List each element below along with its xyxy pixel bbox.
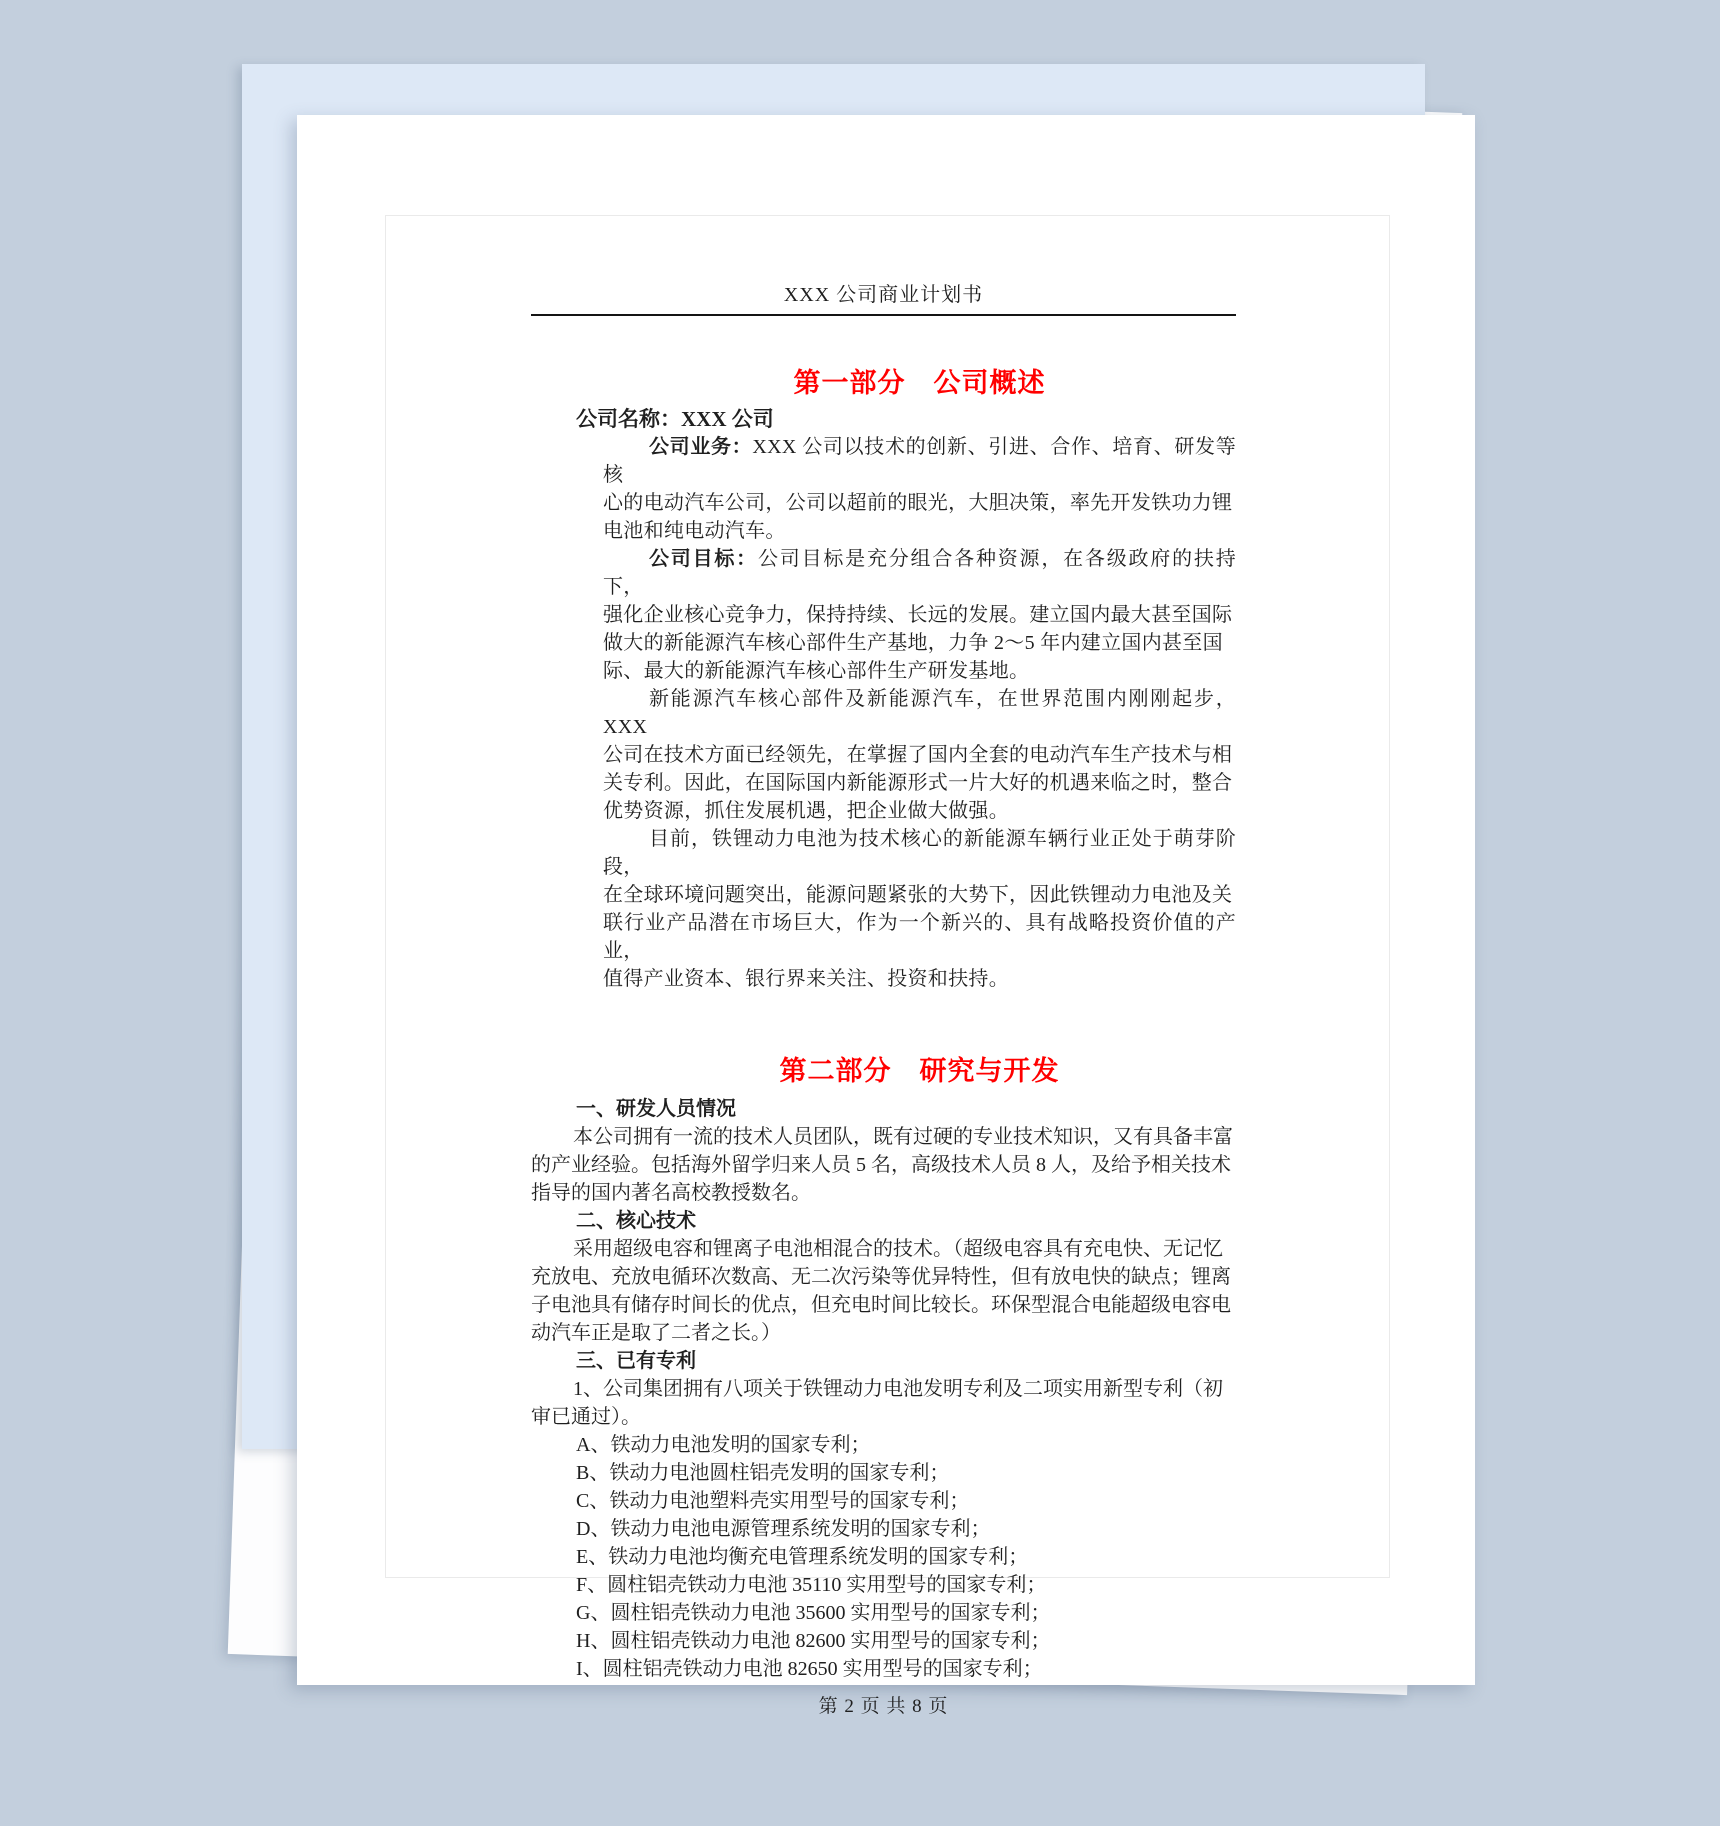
patent-item: E、铁动力电池均衡充电管理系统发明的国家专利； <box>531 1543 1236 1571</box>
patent-item: A、铁动力电池发明的国家专利； <box>531 1431 1236 1459</box>
patent-item: G、圆柱铝壳铁动力电池 35600 实用型号的国家专利； <box>531 1599 1236 1627</box>
document-content: XXX 公司商业计划书 第一部分 公司概述 公司名称：XXX 公司 公司业务：X… <box>531 115 1236 1721</box>
paragraph-company-goal: 公司目标：公司目标是充分组合各种资源，在各级政府的扶持下， 强化企业核心竞争力，… <box>603 545 1236 685</box>
document-page: XXX 公司商业计划书 第一部分 公司概述 公司名称：XXX 公司 公司业务：X… <box>297 115 1475 1685</box>
paragraph-industry-status: 新能源汽车核心部件及新能源汽车，在世界范围内刚刚起步，XXX 公司在技术方面已经… <box>603 685 1236 825</box>
patent-item: C、铁动力电池塑料壳实用型号的国家专利； <box>531 1487 1236 1515</box>
subsection-heading-core-tech: 二、核心技术 <box>531 1207 1236 1235</box>
patent-list: A、铁动力电池发明的国家专利； B、铁动力电池圆柱铝壳发明的国家专利； C、铁动… <box>531 1431 1236 1683</box>
paragraph-patents-intro: 1、公司集团拥有八项关于铁锂动力电池发明专利及二项实用新型专利（初 审已通过）。 <box>531 1375 1236 1431</box>
page-header-title: XXX 公司商业计划书 <box>531 283 1236 307</box>
section1-title: 第一部分 公司概述 <box>531 364 1236 402</box>
section1-body: 公司业务：XXX 公司以技术的创新、引进、合作、培育、研发等核 心的电动汽车公司… <box>603 433 1236 993</box>
patent-item: B、铁动力电池圆柱铝壳发明的国家专利； <box>531 1459 1236 1487</box>
subsection-heading-patents: 三、已有专利 <box>531 1347 1236 1375</box>
patent-item: D、铁动力电池电源管理系统发明的国家专利； <box>531 1515 1236 1543</box>
section2-body: 一、研发人员情况 本公司拥有一流的技术人员团队，既有过硬的专业技术知识，又有具备… <box>531 1095 1236 1683</box>
header-rule <box>531 314 1236 316</box>
paragraph-lead: 公司目标： <box>649 548 758 570</box>
page-footer: 第 2 页 共 8 页 <box>531 1693 1236 1721</box>
paragraph-lead: 公司业务： <box>649 436 752 458</box>
subsection-heading-rd-staff: 一、研发人员情况 <box>531 1095 1236 1123</box>
company-name-line: 公司名称：XXX 公司 <box>531 405 1236 433</box>
patent-item: H、圆柱铝壳铁动力电池 82600 实用型号的国家专利； <box>531 1627 1236 1655</box>
paragraph-rd-staff: 本公司拥有一流的技术人员团队，既有过硬的专业技术知识，又有具备丰富 的产业经验。… <box>531 1123 1236 1207</box>
paragraph-market-outlook: 目前，铁锂动力电池为技术核心的新能源车辆行业正处于萌芽阶段， 在全球环境问题突出… <box>603 825 1236 993</box>
patent-item: I、圆柱铝壳铁动力电池 82650 实用型号的国家专利； <box>531 1655 1236 1683</box>
paragraph-core-tech: 采用超级电容和锂离子电池相混合的技术。（超级电容具有充电快、无记忆 充放电、充放… <box>531 1235 1236 1347</box>
desktop-background: XXX 公司商业计划书 第一部分 公司概述 公司名称：XXX 公司 公司业务：X… <box>0 0 1720 1826</box>
patent-item: F、圆柱铝壳铁动力电池 35110 实用型号的国家专利； <box>531 1571 1236 1599</box>
paragraph-text: 新能源汽车核心部件及新能源汽车，在世界范围内刚刚起步，XXX 公司在技术方面已经… <box>603 688 1236 822</box>
section2-title: 第二部分 研究与开发 <box>531 1052 1236 1090</box>
paragraph-company-business: 公司业务：XXX 公司以技术的创新、引进、合作、培育、研发等核 心的电动汽车公司… <box>603 433 1236 545</box>
paragraph-text: 目前，铁锂动力电池为技术核心的新能源车辆行业正处于萌芽阶段， 在全球环境问题突出… <box>603 828 1236 990</box>
